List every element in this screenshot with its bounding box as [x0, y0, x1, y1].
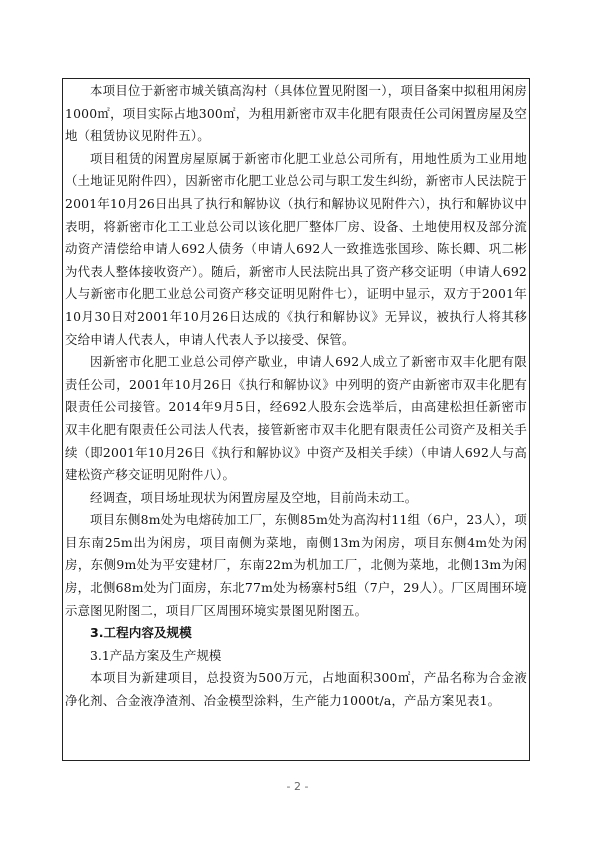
document-body: 本项目位于新密市城关镇高沟村（具体位置见附图一），项目备案中拟租用闲房1000㎡… [65, 80, 527, 713]
section-heading: 3.工程内容及规模 [65, 622, 527, 645]
subsection-heading: 3.1产品方案及生产规模 [65, 645, 527, 668]
paragraph-location: 本项目位于新密市城关镇高沟村（具体位置见附图一），项目备案中拟租用闲房1000㎡… [65, 80, 527, 148]
page-number: - 2 - [0, 780, 595, 793]
paragraph-surroundings: 项目东侧8m处为电熔砖加工厂，东侧85m处为高沟村11组（6户，23人），项目东… [65, 509, 527, 622]
paragraph-land-history: 项目租赁的闲置房屋原属于新密市化肥工业总公司所有，用地性质为工业用地（土地证见附… [65, 148, 527, 351]
paragraph-site-status: 经调查，项目场址现状为闲置房屋及空地，目前尚未动工。 [65, 487, 527, 510]
paragraph-company-takeover: 因新密市化肥工业总公司停产歇业，申请人692人成立了新密市双丰化肥有限责任公司，… [65, 351, 527, 487]
paragraph-product-plan: 本项目为新建项目，总投资为500万元，占地面积300㎡，产品名称为合金液净化剂、… [65, 667, 527, 712]
